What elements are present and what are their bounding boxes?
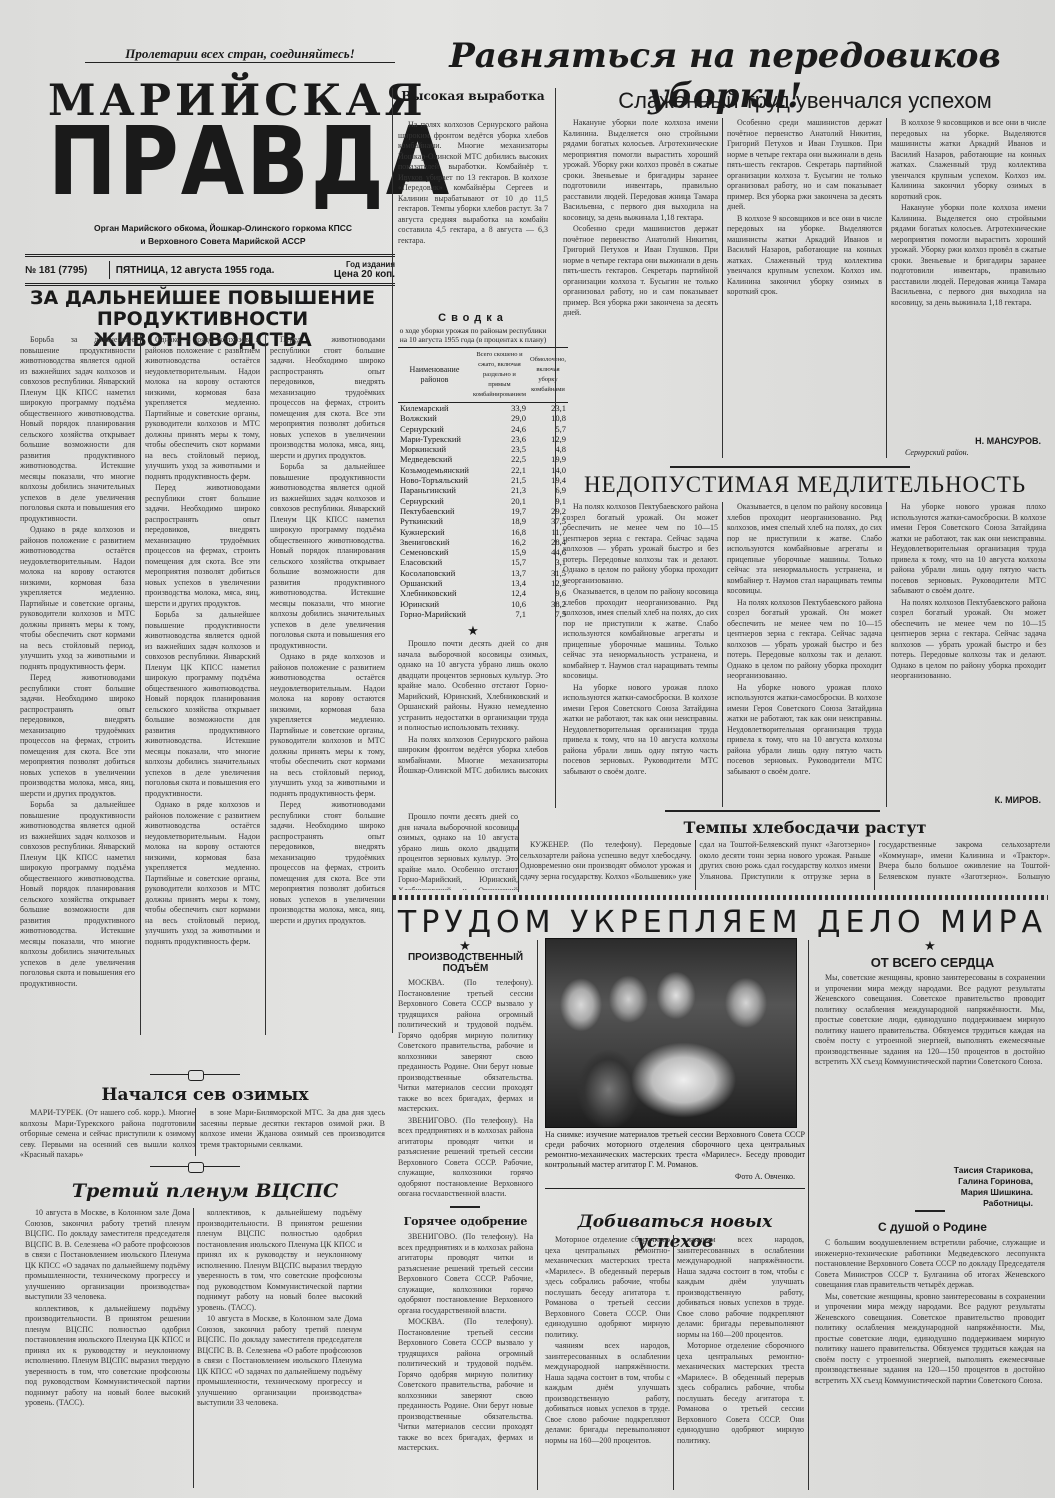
table-row: Пектубаевский19,729,2 <box>398 506 568 516</box>
table-row: Козьмодемьянский22,114,0 <box>398 465 568 475</box>
harvested-value: 24,6 <box>471 424 528 434</box>
text: Оказывается, в целом по району косовица … <box>727 502 882 597</box>
table-row: Юринский10,638,2 <box>398 599 568 609</box>
text: На уборке нового урожая плохо используют… <box>563 683 718 778</box>
winter-sowing-col-2: в зоне Мари-Биляморской МТС. За два дня … <box>200 1108 385 1158</box>
column-rule <box>808 940 809 1490</box>
divider <box>545 1188 805 1189</box>
organ-line-1: Орган Марийского обкома, Йошкар-Олинског… <box>48 222 398 235</box>
district-name: Косолаповский <box>398 568 471 578</box>
plenum-col-1: 10 августа в Москве, в Колонном зале Дом… <box>25 1208 190 1488</box>
production-rise-body: МОСКВА. (По телефону). Постановление тре… <box>398 978 533 1196</box>
district-name: Мари-Турекский <box>398 434 471 444</box>
district-name: Горно-Марийский <box>398 609 471 619</box>
high-output-body: На полях колхозов Сернурского района шир… <box>398 120 548 300</box>
livestock-col-2: Однако в ряде колхозов и районов положен… <box>145 335 260 1035</box>
issue-date: ПЯТНИЦА, 12 августа 1955 года. <box>116 265 315 276</box>
threshed-value: 4,8 <box>528 444 568 454</box>
threshed-value: 28,4 <box>528 537 568 547</box>
winter-sowing-headline: Начался сев озимых <box>20 1085 390 1105</box>
text: ЗВЕНИГОВО. (По телефону). На всех предпр… <box>398 1116 533 1197</box>
signature-role: Работницы. <box>815 1198 1033 1209</box>
teamwork-signature: Н. МАНСУРОВ. <box>891 436 1041 446</box>
threshed-value: 31,5 <box>528 568 568 578</box>
approval-headline: Горячее одобрение <box>398 1215 533 1228</box>
text: 10 августа в Москве, в Колонном зале Дом… <box>197 1314 362 1409</box>
district-name: Килемарский <box>398 403 471 414</box>
divider <box>915 1210 945 1212</box>
table-row: Сернурский24,65,7 <box>398 424 568 434</box>
table-row: Сернурский20,19,1 <box>398 496 568 506</box>
issue-bar: № 181 (7795) ПЯТНИЦА, 12 августа 1955 го… <box>25 254 395 286</box>
grain-delivery-body: КУЖЕНЕР. (По телефону). Передовые сельхо… <box>520 840 1050 890</box>
from-heart-body: Мы, советские женщины, кровно заинтересо… <box>815 973 1045 1138</box>
text: МАРИ-ТУРЕК. (От нашего соб. корр.). Мног… <box>20 1108 195 1158</box>
signature: Таисия Старикова, <box>815 1165 1033 1176</box>
table-row: Параньгинский21,36,9 <box>398 485 568 495</box>
text: КУЖЕНЕР. (По телефону). Передовые сельхо… <box>520 840 1050 890</box>
district-name: Семеновский <box>398 547 471 557</box>
table-row: Руткинский18,937,5 <box>398 516 568 526</box>
grain-delivery-headline: Темпы хлебосдачи растут <box>560 818 1050 837</box>
column-rule <box>392 88 393 1033</box>
table-row: Килемарский33,923,1 <box>398 403 568 414</box>
column-rule <box>673 1235 674 1490</box>
ornament-divider <box>150 1070 240 1079</box>
threshed-value: 37,5 <box>528 516 568 526</box>
threshed-value: 12,3 <box>528 578 568 588</box>
signature: Мария Шишкина. <box>815 1187 1033 1198</box>
star-ornament: ★ <box>920 938 940 954</box>
harvested-value: 33,9 <box>471 403 528 414</box>
motto: Пролетарии всех стран, соединяйтесь! <box>85 46 395 63</box>
teamwork-col-3: В колхозе 9 косовщиков и все они в числе… <box>891 118 1046 418</box>
text: Перед животноводами республики стоят бол… <box>20 673 135 799</box>
text: Борьба за дальнейшее повышение продуктив… <box>270 462 385 651</box>
issue-number: № 181 (7795) <box>25 265 103 276</box>
threshed-value: 10,8 <box>528 413 568 423</box>
year-label: Год издания <box>346 260 395 269</box>
district-name: Юринский <box>398 599 471 609</box>
text: Борьба за дальнейшее повышение продуктив… <box>20 335 135 524</box>
text: МОСКВА. (По телефону). Постановление тре… <box>398 1317 533 1454</box>
harvested-value: 22,1 <box>471 465 528 475</box>
threshed-value: 38,2 <box>528 599 568 609</box>
from-heart-signatures: Таисия Старикова, Галина Горинова, Мария… <box>815 1165 1033 1209</box>
text: Накануне уборки поле колхоза имени Калин… <box>563 118 718 223</box>
divider <box>670 466 910 468</box>
district-name: Руткинский <box>398 516 471 526</box>
new-success-col-1: Моторное отделение сборочного цеха центр… <box>545 1235 670 1490</box>
photo-credit: Фото А. Овченко. <box>735 1172 795 1181</box>
text: В колхозе 9 косовщиков и все они в числе… <box>727 214 882 298</box>
column-rule <box>140 335 141 1035</box>
summary-table: Наименование районов Всего скошено и сжа… <box>398 347 568 619</box>
column-rule <box>722 502 723 807</box>
harvested-value: 15,9 <box>471 547 528 557</box>
district-name: Ново-Торъяльский <box>398 475 471 485</box>
harvested-value: 29,0 <box>471 413 528 423</box>
summary-table-block: Сводка о ходе уборки урожая по районам р… <box>398 312 548 774</box>
text: Оказывается, в целом по району косовица … <box>563 587 718 682</box>
harvested-value: 20,1 <box>471 496 528 506</box>
table-row: Семеновский15,944,6 <box>398 547 568 557</box>
text: Прошло почти десять дней со дня начала в… <box>398 639 548 734</box>
text: Борьба за дальнейшее повышение продуктив… <box>20 800 135 989</box>
table-row: Косолаповский13,731,5 <box>398 568 568 578</box>
text: Перед животноводами республики стоят бол… <box>145 483 260 609</box>
text: На полях колхозов Пектубаевского района … <box>891 598 1046 682</box>
harvested-value: 21,3 <box>471 485 528 495</box>
table-row: Хлебниковский12,49,6 <box>398 588 568 598</box>
column-rule <box>886 118 887 458</box>
column-rule <box>265 335 266 1035</box>
approval-body: ЗВЕНИГОВО. (По телефону). На всех предпр… <box>398 1232 533 1488</box>
masthead-title-line2: ПРАВДА <box>48 116 398 210</box>
threshed-value: 12,9 <box>528 434 568 444</box>
summary-subtitle: о ходе уборки урожая по районам республи… <box>398 326 548 344</box>
col-header-threshed: Обмолочено, включая уборку комбайнами <box>528 348 568 403</box>
text: Однако в ряде колхозов и районов положен… <box>20 525 135 672</box>
column-rule <box>537 940 538 1490</box>
livestock-col-1: Борьба за дальнейшее повышение продуктив… <box>20 335 135 1035</box>
price: Цена 20 коп. <box>334 269 395 280</box>
text: На полях колхозов Пектубаевского района … <box>563 502 718 586</box>
threshed-value: 9,6 <box>528 588 568 598</box>
text: Моторное отделение сборочного цеха центр… <box>545 1235 670 1340</box>
photo-workers-reading <box>545 938 797 1128</box>
signature: Галина Горинова, <box>815 1176 1033 1187</box>
organ-line-2: и Верховного Совета Марийской АССР <box>48 235 398 248</box>
table-row: Ново-Торъяльский21,519,4 <box>398 475 568 485</box>
col-header-district: Наименование районов <box>398 348 471 403</box>
column-rule <box>886 502 887 807</box>
text: ЗВЕНИГОВО. (По телефону). На всех предпр… <box>398 1232 533 1316</box>
text: 10 августа в Москве, в Колонном зале Дом… <box>25 1208 190 1303</box>
slowness-signature: К. МИРОВ. <box>891 795 1041 805</box>
table-row: Мари-Турекский23,612,9 <box>398 434 568 444</box>
livestock-headline-1: ЗА ДАЛЬНЕЙШЕЕ ПОВЫШЕНИЕ <box>15 288 390 309</box>
threshed-value: 5,7 <box>528 424 568 434</box>
text: Однако в ряде колхозов и районов положен… <box>270 652 385 799</box>
text: Перед животноводами республики стоят бол… <box>270 800 385 926</box>
text: чаяниям всех народов, заинтересованных в… <box>545 1341 670 1446</box>
text: На полях колхозов Пектубаевского района … <box>727 598 882 682</box>
teamwork-col-2: Особенно среди машинистов держат почётно… <box>727 118 882 458</box>
threshed-value: 44,6 <box>528 547 568 557</box>
harvested-value: 16,8 <box>471 527 528 537</box>
district-name: Сернурский <box>398 424 471 434</box>
text: Перед животноводами республики стоят бол… <box>270 335 385 461</box>
table-row: Оршанский13,412,3 <box>398 578 568 588</box>
teamwork-place: Сернурский район. <box>905 448 969 457</box>
text: коллективов, к дальнейшему подъёму произ… <box>197 1208 362 1313</box>
slowness-col-1: На полях колхозов Пектубаевского района … <box>563 502 718 807</box>
harvested-value: 13,7 <box>471 568 528 578</box>
text: Мы, советские женщины, кровно заинтересо… <box>815 973 1045 1068</box>
district-name: Волжский <box>398 413 471 423</box>
text: чаяниям всех народов, заинтересованных в… <box>677 1235 804 1340</box>
column-rule <box>193 1208 194 1488</box>
district-name: Хлебниковский <box>398 588 471 598</box>
wavy-divider <box>393 895 1048 900</box>
harvested-value: 7,1 <box>471 609 528 619</box>
harvested-value: 16,2 <box>471 537 528 547</box>
threshed-value: 11,7 <box>528 527 568 537</box>
slowness-col-3: На уборке нового урожая плохо используют… <box>891 502 1046 792</box>
table-row: Звениговский16,228,4 <box>398 537 568 547</box>
district-name: Параньгинский <box>398 485 471 495</box>
district-name: Моркинский <box>398 444 471 454</box>
table-row: Еласовский15,73,1 <box>398 557 568 567</box>
divider <box>450 1206 480 1208</box>
livestock-col-3: Перед животноводами республики стоят бол… <box>270 335 385 1035</box>
text: Особенно среди машинистов держат почётно… <box>563 224 718 319</box>
table-row: Медведевский22,519,9 <box>398 454 568 464</box>
star-ornament: ★ <box>398 623 548 639</box>
divider <box>665 810 880 812</box>
text: Накануне уборки поле колхоза имени Калин… <box>891 203 1046 308</box>
column-rule <box>722 118 723 458</box>
motherland-headline: С душой о Родине <box>815 1220 1050 1234</box>
district-name: Медведевский <box>398 454 471 464</box>
text: С большим воодушевлением встретили рабоч… <box>815 1238 1045 1291</box>
ornament-divider <box>150 1162 240 1171</box>
text: Прошло почти десять дней со дня начала в… <box>398 812 518 890</box>
from-heart-headline: ОТ ВСЕГО СЕРДЦА <box>815 955 1050 970</box>
text: На полях колхозов Сернурского района шир… <box>398 120 548 246</box>
threshed-value: 19,9 <box>528 454 568 464</box>
harvested-value: 23,6 <box>471 434 528 444</box>
table-row: Волжский29,010,8 <box>398 413 568 423</box>
summary-title: Сводка <box>398 312 548 324</box>
winter-sowing-col-1: МАРИ-ТУРЕК. (От нашего соб. корр.). Мног… <box>20 1108 195 1158</box>
summary-after-text: Прошло почти десять дней со дня начала в… <box>398 639 548 774</box>
plenum-col-2: коллективов, к дальнейшему подъёму произ… <box>197 1208 362 1488</box>
issue-meta: Год издания Цена 20 коп. <box>315 260 395 280</box>
teamwork-headline: Слаженный труд увенчался успехом <box>560 88 1050 114</box>
threshed-value: 7,5 <box>528 609 568 619</box>
text: коллективов, к дальнейшему подъёму произ… <box>25 1304 190 1409</box>
text: Мы, советские женщины, кровно заинтересо… <box>815 1292 1045 1387</box>
text: в зоне Мари-Биляморской МТС. За два дня … <box>200 1108 385 1150</box>
harvested-value: 15,7 <box>471 557 528 567</box>
text: МОСКВА. (По телефону). Постановление тре… <box>398 978 533 1115</box>
text: Борьба за дальнейшее повышение продуктив… <box>145 610 260 799</box>
threshed-value: 23,1 <box>528 403 568 414</box>
text: Моторное отделение сборочного цеха центр… <box>677 1341 804 1446</box>
harvested-value: 23,5 <box>471 444 528 454</box>
slowness-headline: НЕДОПУСТИМАЯ МЕДЛИТЕЛЬНОСТЬ <box>560 472 1050 498</box>
text: На полях колхозов Сернурского района шир… <box>398 735 548 775</box>
table-row: Кужнерский16,811,7 <box>398 527 568 537</box>
text: Однако в ряде колхозов и районов положен… <box>145 800 260 947</box>
district-name: Козьмодемьянский <box>398 465 471 475</box>
threshed-value: 29,2 <box>528 506 568 516</box>
text: На уборке нового урожая плохо используют… <box>727 683 882 778</box>
district-name: Сернурский <box>398 496 471 506</box>
new-success-col-2: чаяниям всех народов, заинтересованных в… <box>677 1235 804 1490</box>
text: В колхозе 9 косовщиков и все они в числе… <box>891 118 1046 202</box>
district-name: Кужнерский <box>398 527 471 537</box>
harvested-value: 18,9 <box>471 516 528 526</box>
plenum-headline: Третий пленум ВЦСПС <box>20 1180 390 1202</box>
col-header-harvested: Всего скошено и сжато, включая раздельно… <box>471 348 528 403</box>
column-rule <box>195 1108 196 1156</box>
district-name: Оршанский <box>398 578 471 588</box>
district-name: Пектубаевский <box>398 506 471 516</box>
harvested-value: 21,5 <box>471 475 528 485</box>
harvested-value: 10,6 <box>471 599 528 609</box>
harvested-value: 19,7 <box>471 506 528 516</box>
text: На уборке нового урожая плохо используют… <box>891 502 1046 597</box>
column-rule <box>518 820 519 892</box>
high-output-headline: Высокая выработка <box>398 90 548 103</box>
photo-caption: На снимке: изучение материалов третьей с… <box>545 1130 805 1170</box>
motherland-body: С большим воодушевлением встретили рабоч… <box>815 1238 1045 1488</box>
harvested-value: 12,4 <box>471 588 528 598</box>
harvested-value: 22,5 <box>471 454 528 464</box>
organ-line: Орган Марийского обкома, Йошкар-Олинског… <box>48 222 398 248</box>
district-name: Звениговский <box>398 537 471 547</box>
table-row: Моркинский23,54,8 <box>398 444 568 454</box>
harvested-value: 13,4 <box>471 578 528 588</box>
table-row: Горно-Марийский7,17,5 <box>398 609 568 619</box>
teamwork-col-1: Накануне уборки поле колхоза имени Калин… <box>563 118 718 458</box>
text: Однако в ряде колхозов и районов положен… <box>145 335 260 482</box>
peace-headline: ТРУДОМ УКРЕПЛЯЕМ ДЕЛО МИРА <box>395 905 1050 940</box>
production-rise-headline: ПРОИЗВОДСТВЕННЫЙ ПОДЪЁМ <box>398 952 533 974</box>
district-name: Еласовский <box>398 557 471 567</box>
slowness-col-2: Оказывается, в целом по району косовица … <box>727 502 882 807</box>
threshed-value: 3,1 <box>528 557 568 567</box>
summary-continuation: Прошло почти десять дней со дня начала в… <box>398 812 518 890</box>
column-rule <box>555 88 556 808</box>
divider <box>109 261 110 279</box>
text: Особенно среди машинистов держат почётно… <box>727 118 882 213</box>
